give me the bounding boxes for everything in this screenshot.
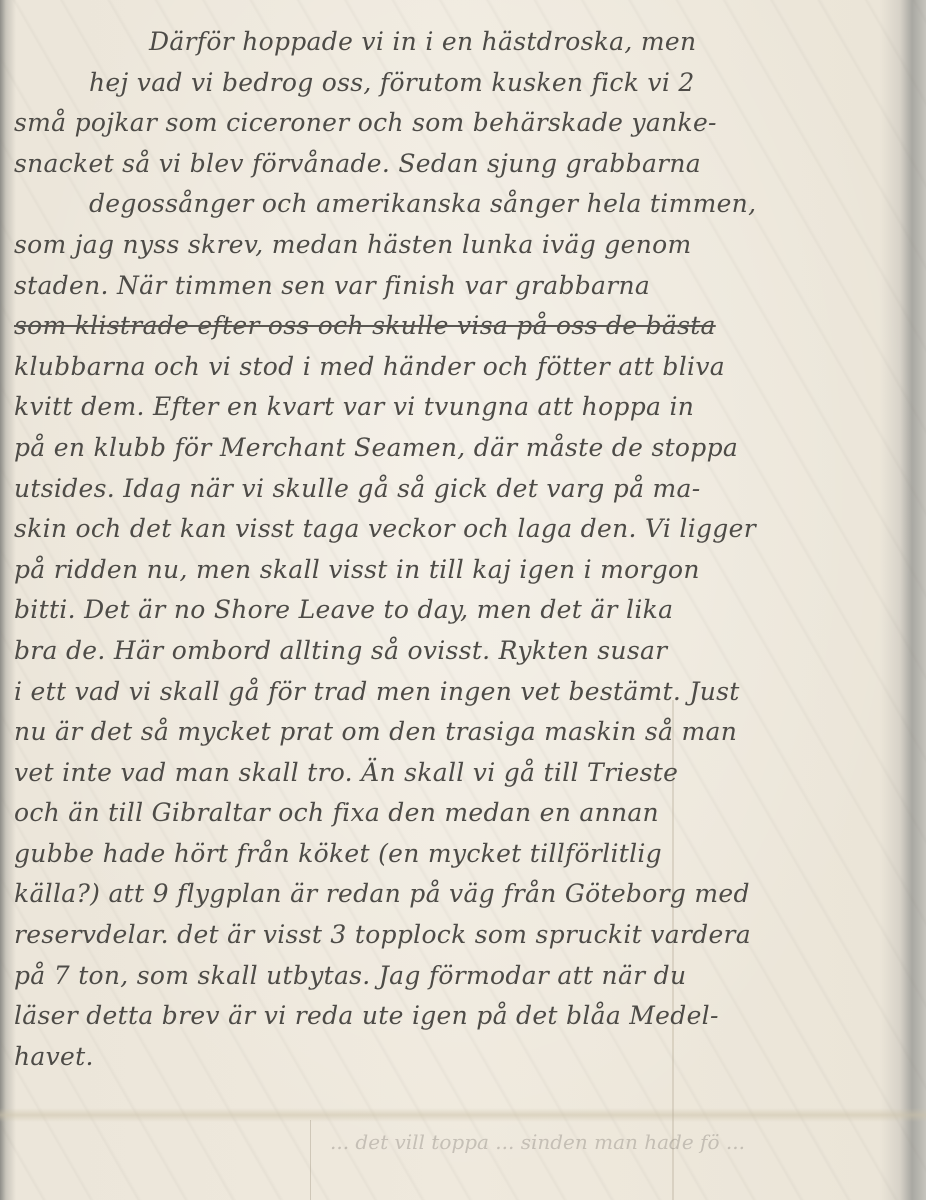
letter-line: utsides. Idag när vi skulle gå så gick d… — [14, 469, 894, 510]
handwritten-text-body: Därför hoppade vi in i en hästdroska, me… — [14, 22, 894, 1077]
letter-line: små pojkar som ciceroner och som behärsk… — [14, 103, 894, 144]
letter-line-struck-through: som klistrade efter oss och skulle visa … — [14, 306, 894, 347]
letter-line: reservdelar. det är visst 3 topplock som… — [14, 915, 894, 956]
letter-line: degossånger och amerikanska sånger hela … — [14, 184, 894, 225]
letter-line: som jag nyss skrev, medan hästen lunka i… — [14, 225, 894, 266]
letter-line: kvitt dem. Efter en kvart var vi tvungna… — [14, 387, 894, 428]
letter-line: källa?) att 9 flygplan är redan på väg f… — [14, 874, 894, 915]
letter-page: Därför hoppade vi in i en hästdroska, me… — [0, 0, 926, 1200]
paper-crease — [310, 1120, 311, 1200]
letter-line: havet. — [14, 1037, 894, 1078]
letter-line: på 7 ton, som skall utbytas. Jag förmoda… — [14, 956, 894, 997]
letter-line: Därför hoppade vi in i en hästdroska, me… — [14, 22, 894, 63]
letter-line: snacket så vi blev förvånade. Sedan sjun… — [14, 144, 894, 185]
letter-line: läser detta brev är vi reda ute igen på … — [14, 996, 894, 1037]
letter-line: skin och det kan visst taga veckor och l… — [14, 509, 894, 550]
letter-line: hej vad vi bedrog oss, förutom kusken fi… — [14, 63, 894, 104]
letter-line: bra de. Här ombord allting så ovisst. Ry… — [14, 631, 894, 672]
letter-line: staden. När timmen sen var finish var gr… — [14, 266, 894, 307]
letter-line: gubbe hade hört från köket (en mycket ti… — [14, 834, 894, 875]
letter-line: i ett vad vi skall gå för trad men ingen… — [14, 672, 894, 713]
bleed-through-text: ... det vill toppa ... sinden man hade f… — [330, 1130, 745, 1154]
letter-line: och än till Gibraltar och fixa den medan… — [14, 793, 894, 834]
letter-line: på ridden nu, men skall visst in till ka… — [14, 550, 894, 591]
letter-line: klubbarna och vi stod i med händer och f… — [14, 347, 894, 388]
letter-line: på en klubb för Merchant Seamen, där mås… — [14, 428, 894, 469]
letter-line: bitti. Det är no Shore Leave to day, men… — [14, 590, 894, 631]
letter-line: vet inte vad man skall tro. Än skall vi … — [14, 753, 894, 794]
letter-line: nu är det så mycket prat om den trasiga … — [14, 712, 894, 753]
paper-fold-horizontal — [0, 1108, 926, 1122]
